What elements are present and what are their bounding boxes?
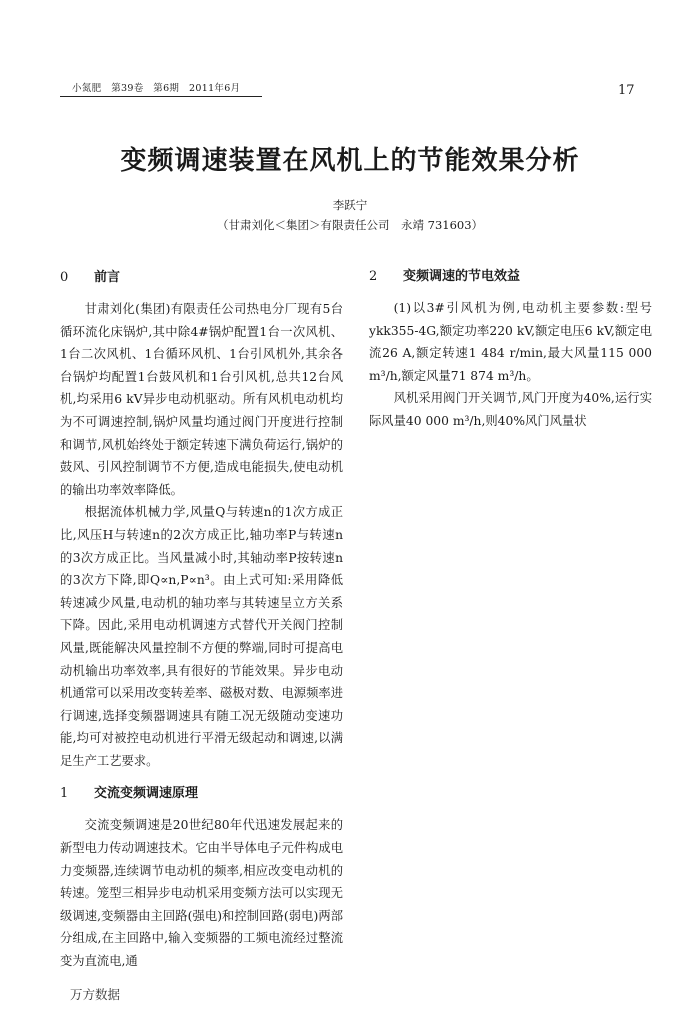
section-heading-2: 2变频调速的节电效益 [369, 265, 652, 289]
author: 李跃宁 [0, 197, 700, 213]
article-title: 变频调速装置在风机上的节能效果分析 [0, 140, 700, 177]
section-heading-1: 1交流变频调速原理 [60, 782, 343, 806]
left-column: 0前言 甘肃刘化(集团)有限责任公司热电分厂现有5台循环流化床锅炉,其中除4#锅… [60, 262, 343, 973]
running-head: 小氮肥 第39卷 第6期 2011年6月 [60, 80, 262, 97]
paragraph: 根据流体机械力学,风量Q与转速n的1次方成正比,风压H与转速n的2次方成正比,轴… [60, 501, 343, 772]
section-number: 2 [369, 265, 403, 289]
section-heading-0: 0前言 [60, 266, 343, 290]
paragraph: (1)以3#引风机为例,电动机主要参数:型号ykk355-4G,额定功率220 … [369, 297, 652, 387]
affiliation: （甘肃刘化＜集团＞有限责任公司 永靖 731603） [0, 217, 700, 233]
section-title: 交流变频调速原理 [94, 786, 198, 801]
paragraph: 交流变频调速是20世纪80年代迅速发展起来的新型电力传动调速技术。它由半导体电子… [60, 814, 343, 972]
section-number: 1 [60, 782, 94, 806]
section-number: 0 [60, 266, 94, 290]
paragraph: 甘肃刘化(集团)有限责任公司热电分厂现有5台循环流化床锅炉,其中除4#锅炉配置1… [60, 298, 343, 501]
watermark: 万方数据 [70, 985, 120, 1003]
page-number: 17 [618, 83, 635, 98]
section-title: 变频调速的节电效益 [403, 269, 520, 284]
section-title: 前言 [94, 270, 120, 285]
right-column: 2变频调速的节电效益 (1)以3#引风机为例,电动机主要参数:型号ykk355-… [369, 255, 652, 433]
paragraph: 风机采用阀门开关调节,风门开度为40%,运行实际风量40 000 m³/h,则4… [369, 387, 652, 432]
